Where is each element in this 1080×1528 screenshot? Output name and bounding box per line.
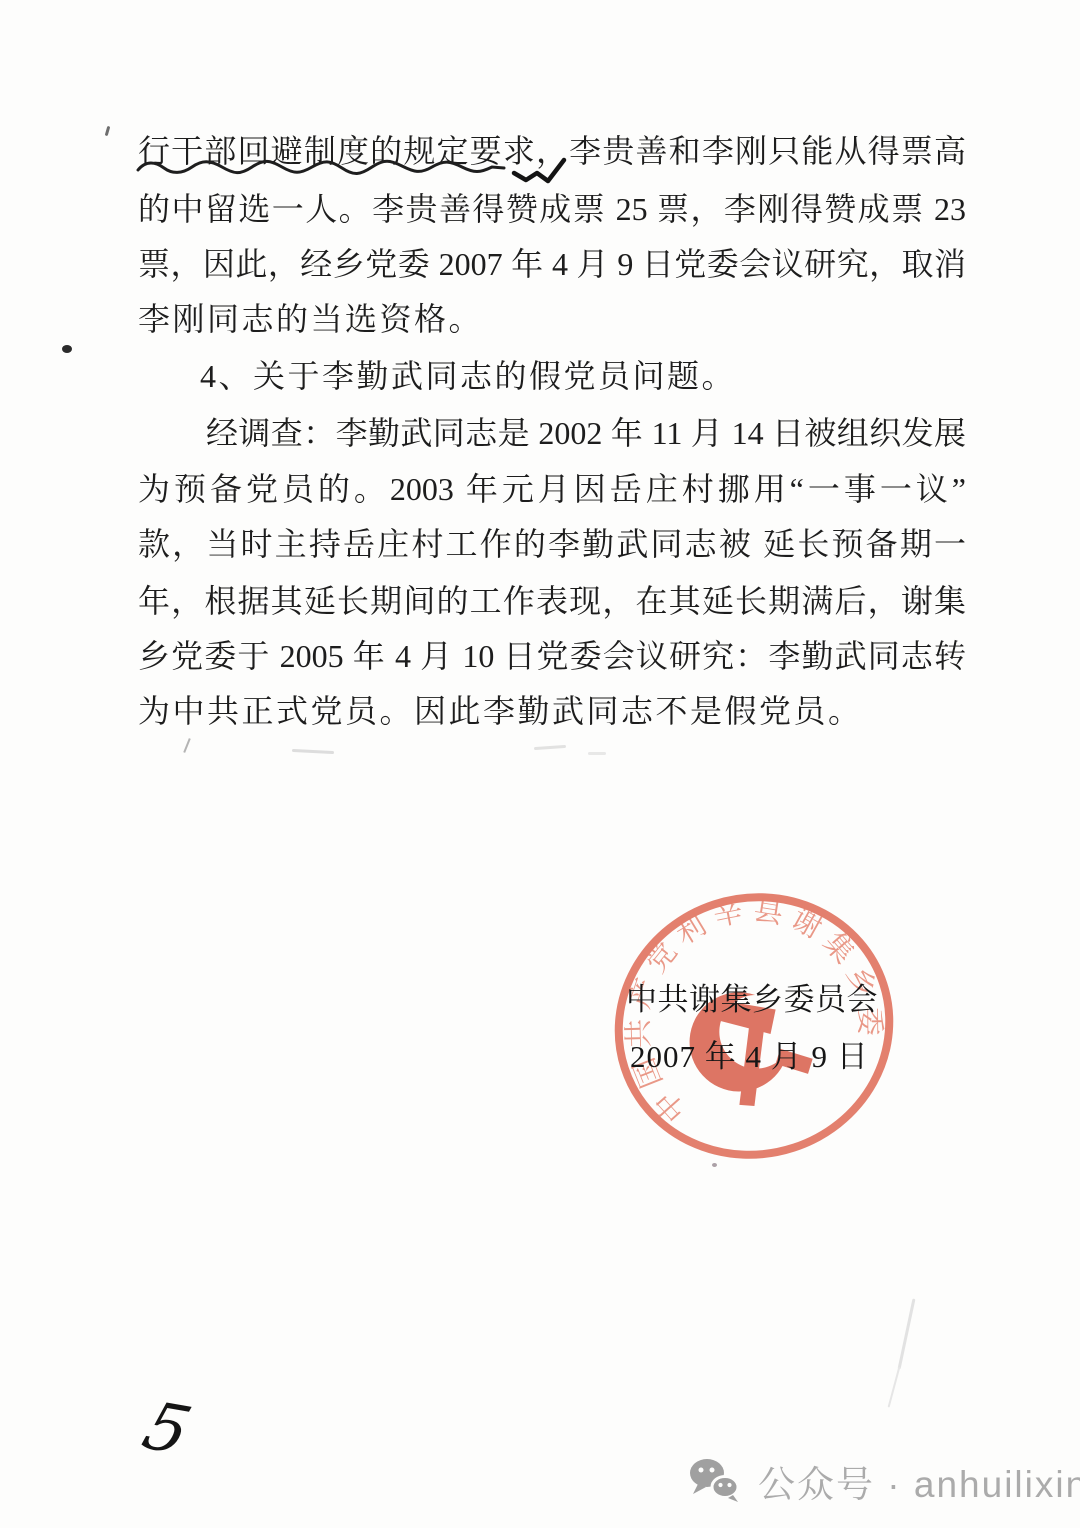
doc-line: 款，当时主持岳庄村工作的李勤武同志被 延长预备期一 [138, 524, 966, 564]
scan-mark [183, 738, 190, 753]
signoff-organization: 中共谢集乡委员会 [626, 974, 878, 1019]
scan-mark [62, 345, 72, 353]
doc-line: 年，根据其延长期间的工作表现，在其延长期满后，谢集 [138, 581, 966, 621]
watermark-label: 公众号 · anhuilixinde [758, 1454, 1080, 1508]
doc-line: 为中共正式党员。因此李勤武同志不是假党员。 [138, 691, 966, 731]
scan-mark [292, 749, 334, 754]
watermark: 公众号 · anhuilixinde [688, 1458, 1080, 1504]
wechat-icon [688, 1458, 742, 1504]
scan-mark [898, 1298, 916, 1369]
doc-line: 票，因此，经乡党委 2007 年 4 月 9 日党委会议研究，取消 [138, 244, 966, 284]
scan-mark [105, 126, 111, 136]
wavy-underline-annotation [130, 150, 600, 194]
scanned-document-page: 行干部回避制度的规定要求，李贵善和李刚只能从得票高 的中留选一人。李贵善得赞成票… [0, 0, 1080, 1528]
doc-line: 为预备党员的。2003 年元月因岳庄村挪用“一事一议” [138, 469, 966, 509]
doc-line: 乡党委于 2005 年 4 月 10 日党委会议研究：李勤武同志转 [138, 636, 966, 676]
scan-mark [888, 1366, 901, 1407]
doc-line: 李刚同志的当选资格。 [138, 299, 966, 339]
scan-mark [534, 745, 566, 750]
doc-line: 经调查：李勤武同志是 2002 年 11 月 14 日被组织发展 [138, 413, 966, 453]
doc-line: 的中留选一人。李贵善得赞成票 25 票，李刚得赞成票 23 [138, 189, 966, 229]
handwritten-page-number: 5 [134, 1388, 199, 1469]
doc-line: 4、关于李勤武同志的假党员问题。 [138, 356, 966, 396]
scan-mark [588, 752, 606, 755]
signoff-date: 2007 年 4 月 9 日 [630, 1031, 869, 1076]
